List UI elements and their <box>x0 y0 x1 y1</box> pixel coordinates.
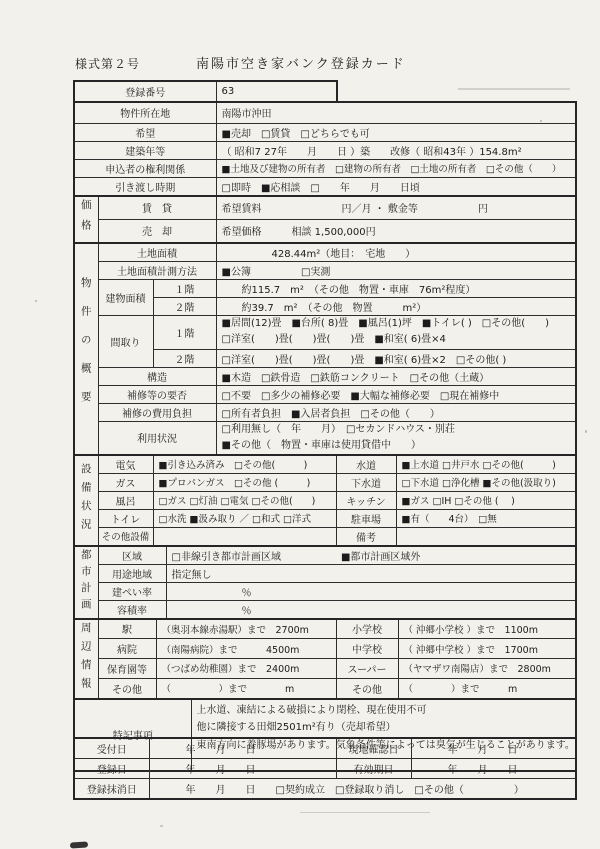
row-value: 428.44m²（地目： 宅地 ） <box>216 243 576 262</box>
form-number: 様式第２号 <box>75 55 140 72</box>
row-value: （つばめ幼稚園）まで 2400m <box>156 658 336 678</box>
main-document: 登録番号 63 物件所在地 南陽市沖田 希望 ■売却 □賃貸 □どちらでも可 建… <box>73 80 575 772</box>
row-label2: キッチン <box>336 491 396 509</box>
row-label2: スーパー <box>336 658 398 678</box>
row-value2: ■ガス □IH □その他 ( ) <box>396 491 576 509</box>
sub-row-label: １階 <box>153 279 216 297</box>
row-value: ■引き込み済み □その他( ) <box>153 455 336 474</box>
row-value: ％ <box>166 582 576 600</box>
cancel-value: 年 月 日 □契約成立 □登録取り消し □その他（ ） <box>149 778 576 799</box>
sub-row-label: ２階 <box>153 349 216 367</box>
price-table: 価格 賃 貸 希望賃料 円／月 ・ 敷金等 円 売 却 希望価格 相談 1,50… <box>73 195 577 244</box>
remarks-line: 上水道、凍結による破損により閉栓、現在使用不可 <box>197 702 571 720</box>
row-label: 建築年等 <box>74 141 216 159</box>
row-label: 区域 <box>98 546 166 565</box>
row-value2: （ 沖郷小学校 ）まで 1100m <box>398 619 576 639</box>
row-value: □ガス □灯油 □電気 □その他( ) <box>153 491 336 509</box>
scan-streak <box>300 812 430 813</box>
row-label: 容積率 <box>98 600 166 619</box>
row-value: 希望賃料 円／月 ・ 敷金等 円 <box>216 196 576 220</box>
row-value: □即時 ■応相談 □ 年 月 日頃 <box>216 177 576 196</box>
scan-speck <box>160 825 163 827</box>
admin-dates-table: 受付日 年 月 日 現地確認日 年 月 日 登録日 年 月 日 有効期日 年 月… <box>73 737 577 800</box>
row-value: ■居間(12)畳 ■台所( 8)畳 ■風呂(1)坪 ■トイレ( ) □その他( … <box>216 315 576 349</box>
row-label: 構造 <box>98 367 216 385</box>
row-value: （南陽病院）まで 4500m <box>156 639 336 659</box>
sub-row-label: １階 <box>153 315 216 349</box>
row-value: 約115.7 m² （その他 物置・車庫 76m²程度） <box>216 279 576 297</box>
row-label2: 駐車場 <box>336 509 396 527</box>
group-label-city-planning: 都市計画 <box>74 546 98 619</box>
row-value: （奥羽本線赤湯駅）まで 2700m <box>156 619 336 639</box>
row-value2: （ヤマザワ南陽店）まで 2800m <box>398 658 576 678</box>
reg-no-value: 63 <box>216 81 337 102</box>
equipment-table: 設備状況 電気 ■引き込み済み □その他( ) 水道 ■上水道 □井戸水 □その… <box>73 454 577 547</box>
row-value2: ■有（ 4台） □無 <box>396 509 576 527</box>
basic-info-table: 物件所在地 南陽市沖田 希望 ■売却 □賃貸 □どちらでも可 建築年等 （ 昭和… <box>73 101 577 197</box>
row-label: ガス <box>98 473 153 491</box>
row-value: □利用無し（ 年 月） □セカンドハウス・別荘 ■その他（ 物置・車庫は使用貸借… <box>216 421 576 455</box>
row-label: 間取り <box>98 315 153 367</box>
row-label: 物件所在地 <box>74 102 216 123</box>
group-label-price: 価格 <box>74 196 98 243</box>
row-value: 年 月 日 <box>149 758 336 778</box>
row-value2 <box>396 527 576 546</box>
row-label2: 現地確認日 <box>336 738 411 758</box>
row-value: □洋室( )畳( )畳( )畳 ■和室( 6)畳×2 □その他( ) <box>216 349 576 367</box>
page-title: 南陽市空き家バンク登録カード <box>196 53 406 72</box>
row-value: 指定無し <box>166 564 576 582</box>
row-label2: 下水道 <box>336 473 396 491</box>
row-value: 年 月 日 <box>149 738 336 758</box>
row-value: □非線引き都市計画区域 ■都市計画区域外 <box>166 546 576 565</box>
group-label-property: 物件の概要 <box>74 243 98 455</box>
madori-line2: □洋室( )畳( )畳( )畳 ■和室( 6)畳×4 <box>222 332 571 348</box>
remarks-line: 他に隣接する田畑2501m²有り（売却希望） <box>197 719 571 737</box>
reg-no-label: 登録番号 <box>74 81 216 102</box>
scan-speck <box>35 300 37 302</box>
row-label: 駅 <box>98 619 156 639</box>
row-value: ■公簿 □実測 <box>216 261 576 279</box>
scanned-form-page: 様式第２号 南陽市空き家バンク登録カード 登録番号 63 物件所在地 南陽市沖田… <box>0 0 600 849</box>
row-value2: 年 月 日 <box>411 738 576 758</box>
row-label: 受付日 <box>74 738 149 758</box>
row-label: 補修の費用負担 <box>98 403 216 421</box>
group-label-equipment: 設備状況 <box>74 455 98 546</box>
property-outline-table: 物件の概要 土地面積 428.44m²（地目： 宅地 ） 土地面積計測方法 ■公… <box>73 242 577 456</box>
row-value: （ 昭和7 27年 月 日 ）築 改修（ 昭和43年 ）154.8m² <box>216 141 576 159</box>
city-planning-table: 都市計画 区域 □非線引き都市計画区域 ■都市計画区域外 用途地域 指定無し 建… <box>73 545 577 620</box>
row-label: 用途地域 <box>98 564 166 582</box>
scan-smudge <box>70 841 88 848</box>
row-value: ■プロパンガス □その他 ( ) <box>153 473 336 491</box>
cancel-label: 登録抹消日 <box>74 778 149 799</box>
row-label: 病院 <box>98 639 156 659</box>
row-label: 風呂 <box>98 491 153 509</box>
sub-row-label: ２階 <box>153 297 216 315</box>
row-label: 申込者の権利関係 <box>74 159 216 177</box>
row-value: 希望価格 相談 1,500,000円 <box>216 219 576 243</box>
row-value: □所有者負担 ■入居者負担 □その他（ ） <box>216 403 576 421</box>
row-value2: （ 沖郷中学校 ）まで 1700m <box>398 639 576 659</box>
row-label: 電気 <box>98 455 153 474</box>
row-value: 約39.7 m² （その他 物置 m²） <box>216 297 576 315</box>
row-label: 登録日 <box>74 758 149 778</box>
row-label2: 中学校 <box>336 639 398 659</box>
form-header: 様式第２号 南陽市空き家バンク登録カード <box>75 53 575 72</box>
row-label: トイレ <box>98 509 153 527</box>
group-label-surroundings: 周辺情報 <box>74 619 98 699</box>
row-value2: （ ）まで m <box>398 678 576 698</box>
row-label: 建物面積 <box>98 279 153 315</box>
row-label2: 小学校 <box>336 619 398 639</box>
row-label2: 備考 <box>336 527 396 546</box>
row-value: 南陽市沖田 <box>216 102 576 123</box>
row-label: 賃 貸 <box>98 196 216 220</box>
row-label: 引き渡し時期 <box>74 177 216 196</box>
row-label2: 有効期日 <box>336 758 411 778</box>
madori-line1: ■居間(12)畳 ■台所( 8)畳 ■風呂(1)坪 ■トイレ( ) □その他( … <box>222 316 571 332</box>
admin-section: 受付日 年 月 日 現地確認日 年 月 日 登録日 年 月 日 有効期日 年 月… <box>73 737 575 800</box>
row-value: ■土地及び建物の所有者 □建物の所有者 □土地の所有者 □その他（ ） <box>216 159 576 177</box>
row-value: ■木造 □鉄骨造 □鉄筋コンクリート □その他（土蔵） <box>216 367 576 385</box>
row-value: ％ <box>166 600 576 619</box>
row-value2: 年 月 日 <box>411 758 576 778</box>
row-label: 土地面積計測方法 <box>98 261 216 279</box>
row-label: 土地面積 <box>98 243 216 262</box>
row-value2: ■上水道 □井戸水 □その他( ) <box>396 455 576 474</box>
row-value: ■売却 □賃貸 □どちらでも可 <box>216 123 576 141</box>
usage-line2: ■その他（ 物置・車庫は使用貸借中 ） <box>222 438 571 454</box>
row-value: □水洗 ■汲み取り ／ □和式 □洋式 <box>153 509 336 527</box>
usage-line1: □利用無し（ 年 月） □セカンドハウス・別荘 <box>222 422 571 438</box>
row-label: 希望 <box>74 123 216 141</box>
row-value: （ ）まで m <box>156 678 336 698</box>
row-label2: その他 <box>336 678 398 698</box>
row-label: その他 <box>98 678 156 698</box>
surroundings-table: 周辺情報 駅 （奥羽本線赤湯駅）まで 2700m 小学校 （ 沖郷小学校 ）まで… <box>73 618 577 700</box>
row-value: □不要 □多少の補修必要 ■大幅な補修必要 □現在補修中 <box>216 385 576 403</box>
row-label: 保育園等 <box>98 658 156 678</box>
row-value <box>153 527 336 546</box>
row-label2: 水道 <box>336 455 396 474</box>
registration-number-table: 登録番号 63 <box>73 80 338 103</box>
row-label: 建ぺい率 <box>98 582 166 600</box>
row-label: 利用状況 <box>98 421 216 455</box>
scan-speck <box>585 430 587 433</box>
row-value2: □下水道 □浄化槽 ■その他(汲取り) <box>396 473 576 491</box>
row-label: その他設備 <box>98 527 153 546</box>
row-label: 補修等の要否 <box>98 385 216 403</box>
row-label: 売 却 <box>98 219 216 243</box>
